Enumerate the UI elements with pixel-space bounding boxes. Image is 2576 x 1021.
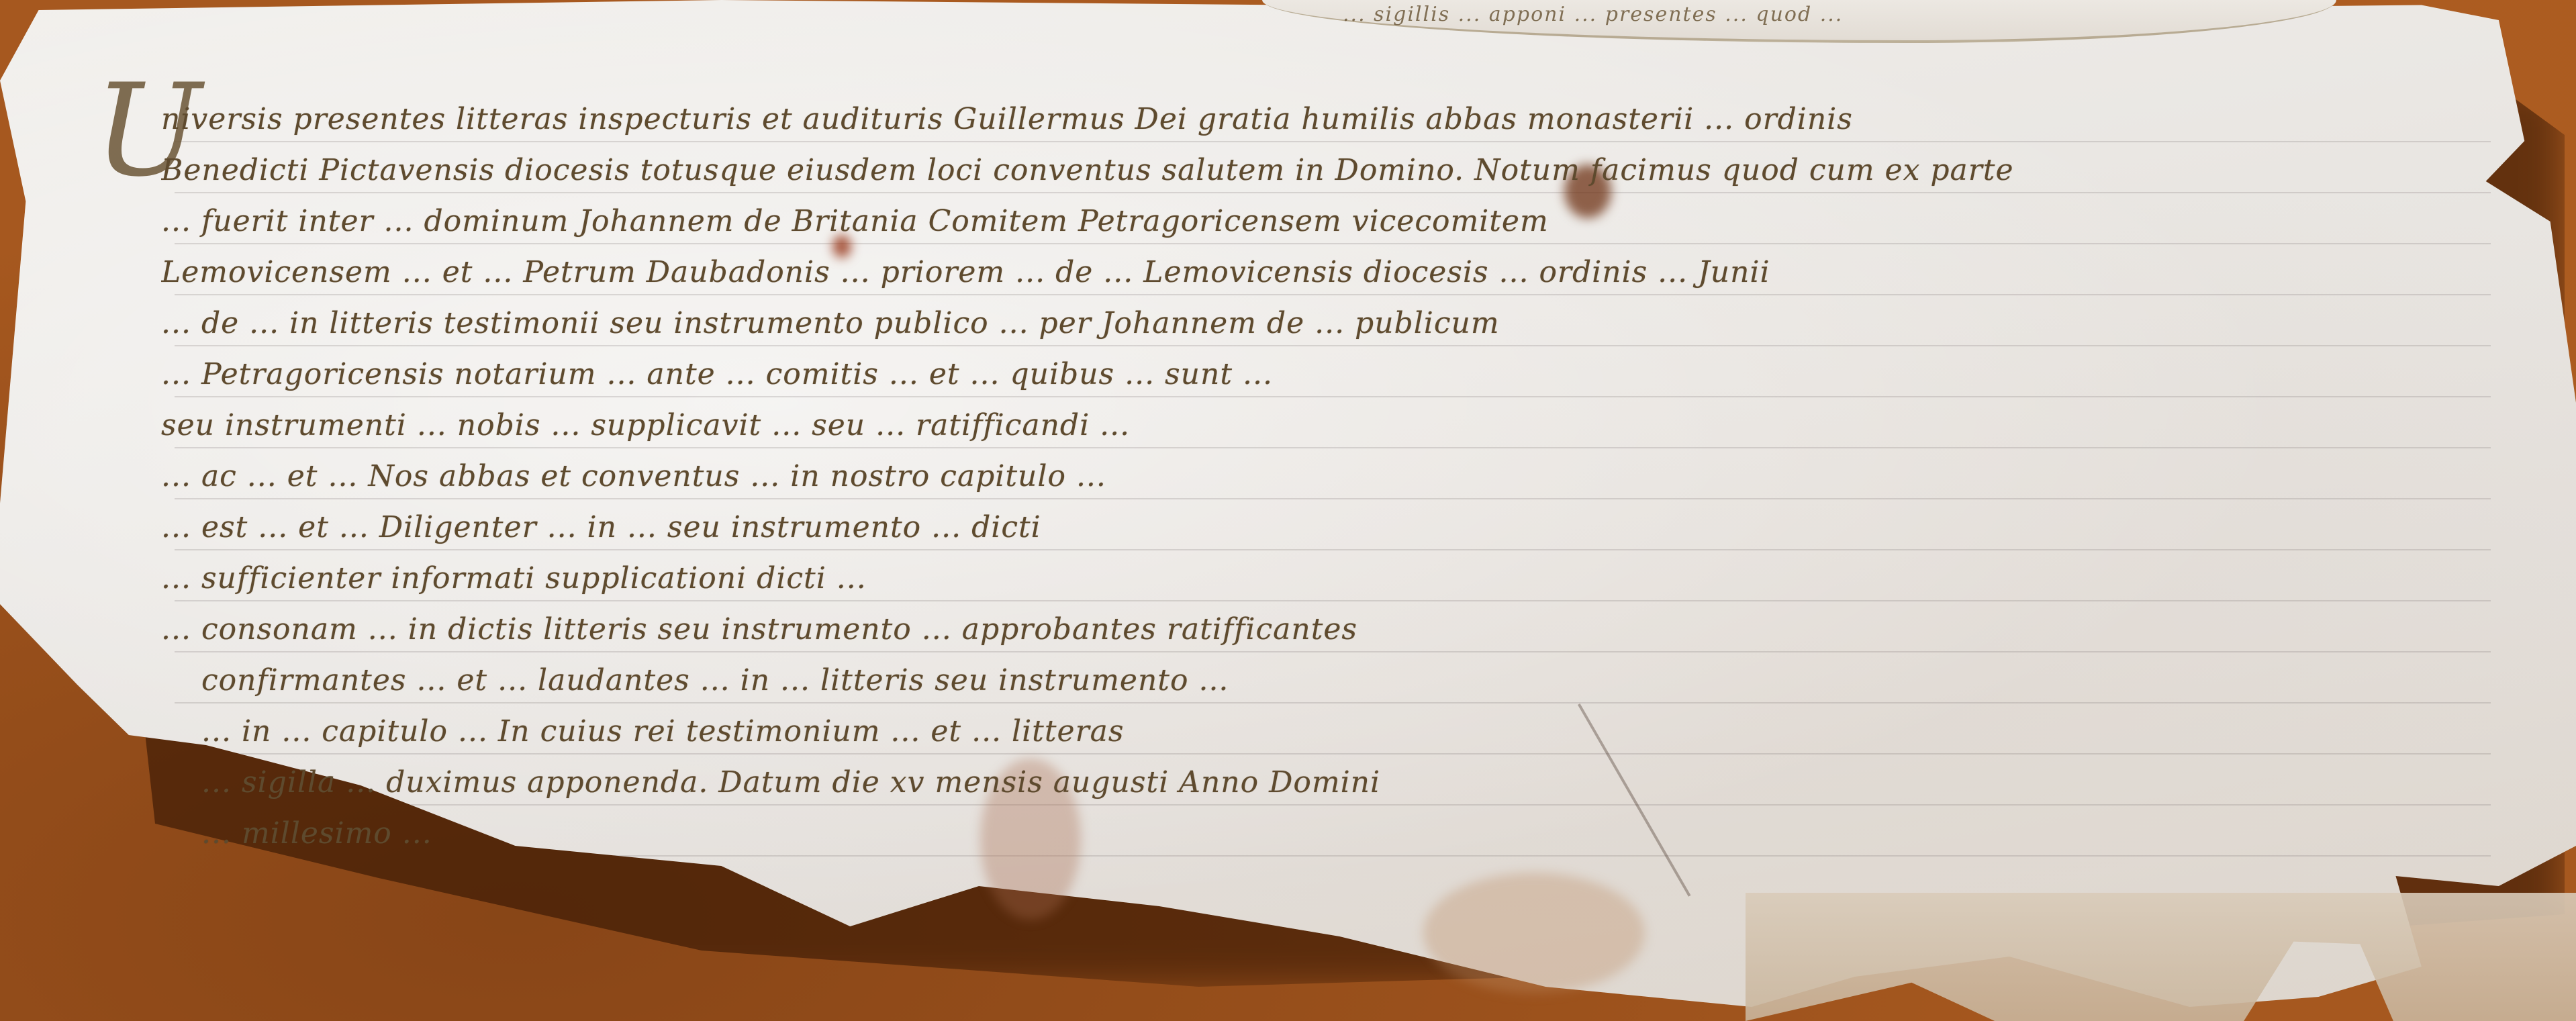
charter-line: confirmantes ... et ... laudantes ... in…: [161, 655, 2497, 706]
charter-line: ... est ... et ... Diligenter ... in ...…: [161, 502, 2497, 553]
charter-line: ... ac ... et ... Nos abbas et conventus…: [161, 451, 2497, 502]
charter-line: ... Petragoricensis notarium ... ante ..…: [161, 349, 2497, 400]
charter-text: niversis presentes litteras inspecturis …: [161, 94, 2497, 859]
charter-line: ... fuerit inter ... dominum Johannem de…: [161, 196, 2497, 247]
charter-line: ... de ... in litteris testimonii seu in…: [161, 298, 2497, 349]
charter-line: Lemovicensem ... et ... Petrum Daubadoni…: [161, 247, 2497, 298]
charter-line: ... sufficienter informati supplicationi…: [161, 553, 2497, 604]
charter-line: ... sigilla ... duximus apponenda. Datum…: [161, 757, 2497, 808]
charter-line: ... consonam ... in dictis litteris seu …: [161, 604, 2497, 655]
charter-line: seu instrumenti ... nobis ... supplicavi…: [161, 400, 2497, 451]
water-stain-round: [1423, 873, 1645, 993]
charter-line: ... millesimo ...: [161, 808, 2497, 859]
top-fragment-text: ... sigillis ... apponi ... presentes ..…: [1343, 3, 1843, 26]
charter-line: Benedicti Pictavensis diocesis totusque …: [161, 145, 2497, 196]
charter-line: niversis presentes litteras inspecturis …: [161, 94, 2497, 145]
charter-line: ... in ... capitulo ... In cuius rei tes…: [161, 706, 2497, 757]
